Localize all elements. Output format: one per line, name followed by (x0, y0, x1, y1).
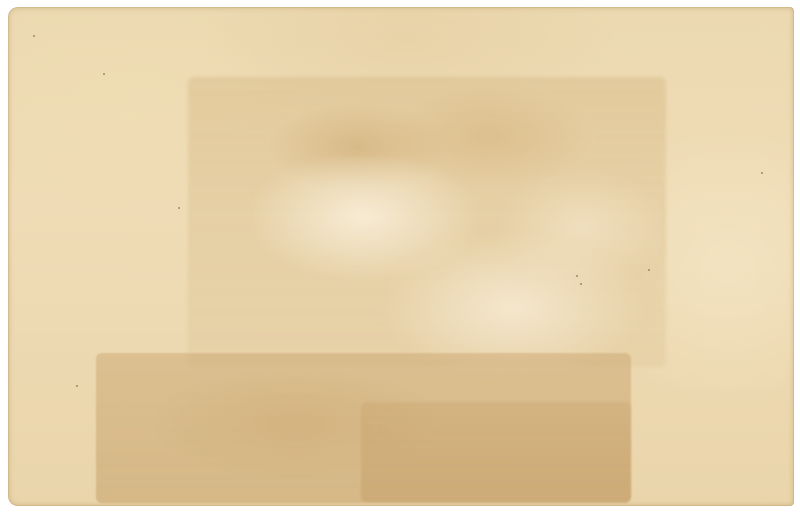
paper-speck (576, 275, 578, 277)
paper-speck (761, 172, 763, 174)
paper-speck (580, 283, 582, 285)
aged-paper-card (8, 7, 794, 506)
image-canvas (0, 0, 800, 516)
paper-speck (103, 73, 105, 75)
paper-speck (178, 207, 180, 209)
lower-right-tape-stain (361, 402, 631, 502)
paper-speck (648, 269, 650, 271)
paper-speck (76, 385, 78, 387)
paper-speck (33, 35, 35, 37)
